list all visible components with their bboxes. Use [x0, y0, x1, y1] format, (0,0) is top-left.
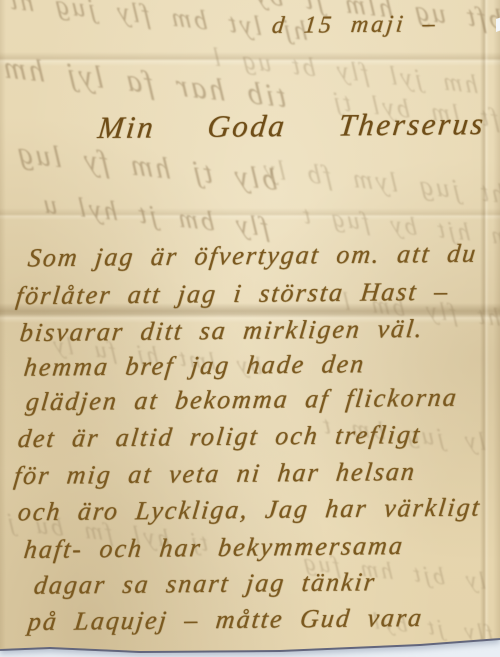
letter-line-9: haft- och har bekymmersama — [23, 533, 406, 563]
paper-edge-notch — [496, 17, 500, 32]
salutation: Min Goda Therserus — [96, 108, 487, 143]
bleedthrough-text: hj lyt bm fly jug ht — [6, 0, 308, 45]
letter-line-4: hemma bref jag hade den — [23, 351, 367, 381]
date-line: d 15 maji – — [271, 12, 439, 38]
fold-crease-middle — [0, 208, 500, 220]
letter-line-11: på Laqujej – måtte Gud vara — [27, 605, 425, 635]
paper-edge-left — [0, 0, 6, 652]
letter-line-10: dagar sa snart jag tänkir — [33, 569, 378, 599]
bleedthrough-text: bly tj hm fy lug — [14, 138, 279, 196]
fold-crease-top — [0, 52, 500, 66]
letter-line-3: bisvarar ditt sa mirkligen väl. — [19, 316, 426, 346]
paper-edge-right — [493, 0, 500, 652]
fold-crease-vertical — [480, 0, 489, 652]
bleedthrough-text: tib har fa lyj hm — [0, 51, 287, 112]
letter-scan: hj lyt bm fly jug ht ly bft ug hlm jt by… — [0, 0, 500, 657]
letter-line-7: för mig at veta ni har helsan — [13, 459, 418, 489]
letter-line-8: och äro Lyckliga, Jag har värkligt — [17, 495, 483, 526]
letter-line-6: det är altid roligt och trefligt — [17, 422, 423, 452]
bleedthrough-text: ht jug lym fb ly — [260, 155, 500, 208]
letter-line-1: Som jag är öfvertygat om. att du — [27, 241, 479, 272]
bleedthrough-text: hm jyl fly bt ug l — [210, 44, 479, 98]
letter-line-2: förlåter att jag i största Hast – — [15, 279, 451, 310]
paper-sheet: hj lyt bm fly jug ht ly bft ug hlm jt by… — [0, 0, 500, 652]
letter-line-5: glädjen at bekomma af flickorna — [25, 385, 460, 416]
bleedthrough-text: fly bm jt hyl u — [40, 190, 270, 241]
